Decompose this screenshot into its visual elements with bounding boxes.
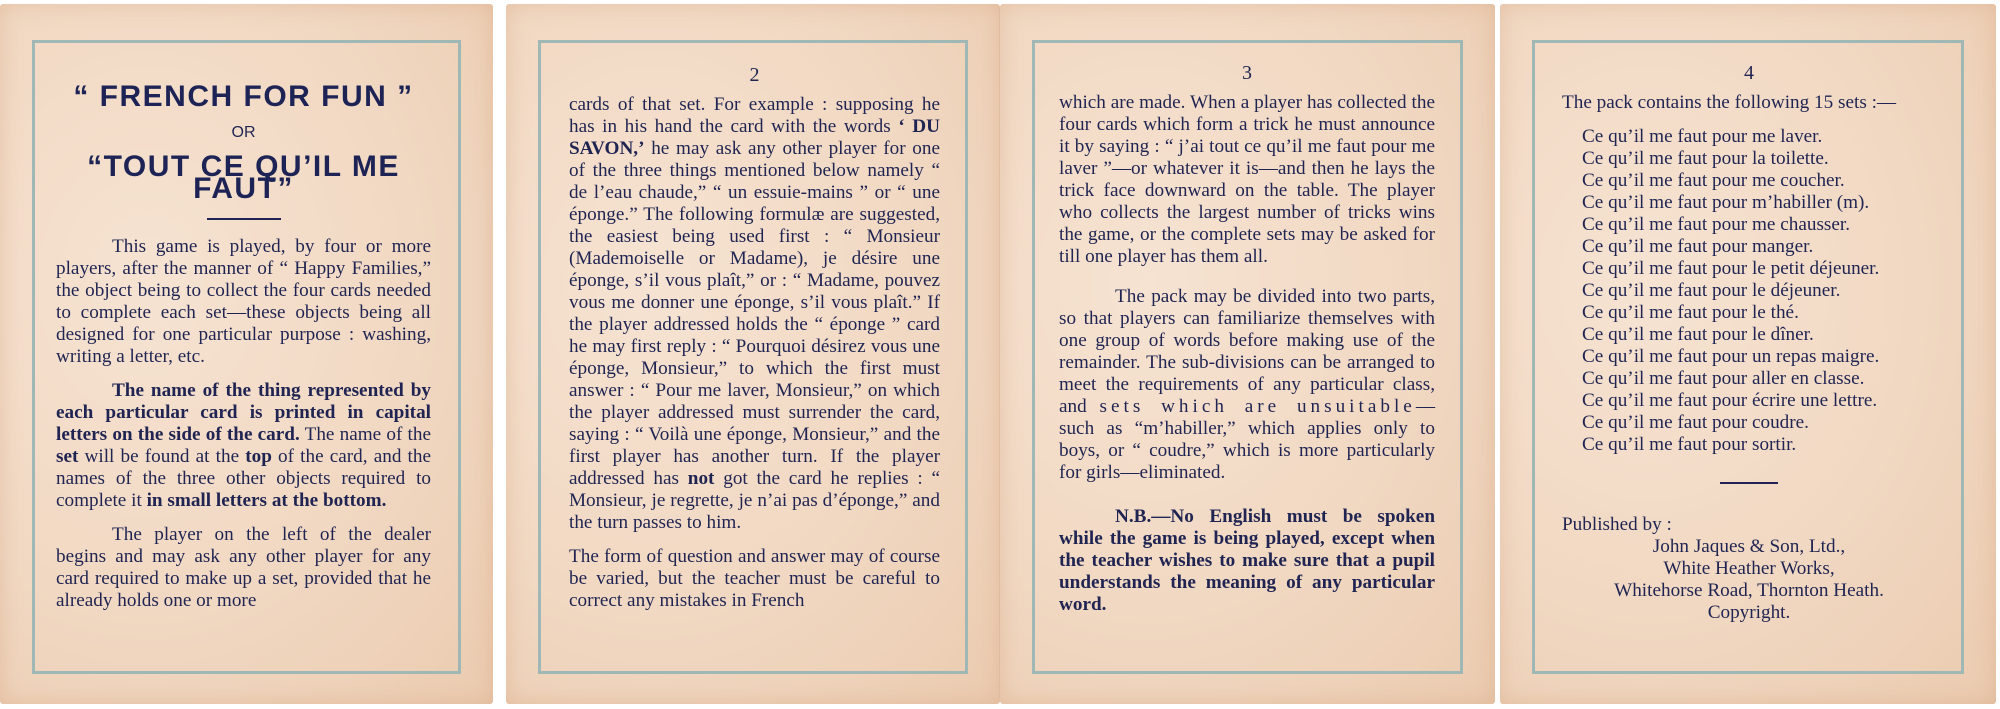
list-item: Ce qu’il me faut pour le thé.: [1582, 302, 1936, 324]
spaced-text: sets which are unsuitable: [1100, 396, 1416, 417]
text: cards of that set. For example : supposi…: [569, 94, 940, 137]
list-item: Ce qu’il me faut pour écrire une lettre.: [1582, 390, 1936, 412]
bold-text: in small letters at the bottom.: [147, 490, 387, 511]
page-number: 2: [569, 64, 940, 86]
list-item: Ce qu’il me faut pour manger.: [1582, 236, 1936, 258]
sets-intro: The pack contains the following 15 sets …: [1562, 92, 1936, 114]
list-item: Ce qu’il me faut pour me chausser.: [1582, 214, 1936, 236]
publisher-address: Whitehorse Road, Thornton Heath.: [1562, 580, 1936, 602]
publisher-works: White Heather Works,: [1562, 558, 1936, 580]
sets-list: Ce qu’il me faut pour me laver. Ce qu’il…: [1582, 126, 1936, 456]
panel-2-content: 2 cards of that set. For example : suppo…: [569, 64, 940, 612]
publisher-name: John Jaques & Son, Ltd.,: [1562, 536, 1936, 558]
bold-text: set: [56, 446, 78, 467]
form-paragraph: The form of question and answer may of c…: [569, 546, 940, 612]
copyright: Copyright.: [1562, 602, 1936, 624]
list-item: Ce qu’il me faut pour le dîner.: [1582, 324, 1936, 346]
page-number: 4: [1562, 62, 1936, 84]
divider: [207, 218, 281, 220]
intro-paragraph: This game is played, by four or more pla…: [56, 236, 431, 368]
leaflet-panel-4: 4 The pack contains the following 15 set…: [1500, 4, 1996, 704]
list-item: Ce qu’il me faut pour m’habiller (m).: [1582, 192, 1936, 214]
list-item: Ce qu’il me faut pour un repas maigre.: [1582, 346, 1936, 368]
title-or: OR: [56, 122, 431, 144]
page-number: 3: [1059, 62, 1435, 84]
example-paragraph: cards of that set. For example : supposi…: [569, 94, 940, 534]
list-item: Ce qu’il me faut pour me coucher.: [1582, 170, 1936, 192]
list-item: Ce qu’il me faut pour le déjeuner.: [1582, 280, 1936, 302]
trick-paragraph: which are made. When a player has collec…: [1059, 92, 1435, 268]
divider: [1720, 482, 1778, 484]
list-item: Ce qu’il me faut pour coudre.: [1582, 412, 1936, 434]
nb-paragraph: N.B.—No English must be spoken while the…: [1059, 506, 1435, 616]
card-naming-paragraph: The name of the thing represented by eac…: [56, 380, 431, 512]
list-item: Ce qu’il me faut pour sortir.: [1582, 434, 1936, 456]
panel-1-content: “ FRENCH FOR FUN ” OR “TOUT CE QU’IL ME …: [56, 64, 431, 612]
main-title: “ FRENCH FOR FUN ”: [56, 86, 431, 108]
list-item: Ce qu’il me faut pour le petit déjeuner.: [1582, 258, 1936, 280]
panel-3-content: 3 which are made. When a player has coll…: [1059, 62, 1435, 616]
list-item: Ce qu’il me faut pour aller en classe.: [1582, 368, 1936, 390]
panel-4-content: 4 The pack contains the following 15 set…: [1562, 62, 1936, 624]
text: The name of the: [300, 424, 431, 445]
leaflet-panel-1: “ FRENCH FOR FUN ” OR “TOUT CE QU’IL ME …: [0, 4, 493, 704]
bold-text: N.B.—No English must be spoken while the…: [1059, 506, 1435, 615]
leaflet-panel-3: 3 which are made. When a player has coll…: [1000, 4, 1495, 704]
dealer-paragraph: The player on the left of the dealer beg…: [56, 524, 431, 612]
text: will be found at the: [78, 446, 245, 467]
division-paragraph: The pack may be divided into two parts, …: [1059, 286, 1435, 484]
text: he may ask any other player for one of t…: [569, 138, 940, 489]
bold-text: not: [688, 468, 715, 489]
published-by-label: Published by :: [1562, 514, 1936, 536]
subtitle: “TOUT CE QU’IL ME FAUT”: [56, 156, 431, 200]
list-item: Ce qu’il me faut pour la toilette.: [1582, 148, 1936, 170]
list-item: Ce qu’il me faut pour me laver.: [1582, 126, 1936, 148]
bold-text: top: [245, 446, 272, 467]
leaflet-panel-2: 2 cards of that set. For example : suppo…: [506, 4, 1000, 704]
